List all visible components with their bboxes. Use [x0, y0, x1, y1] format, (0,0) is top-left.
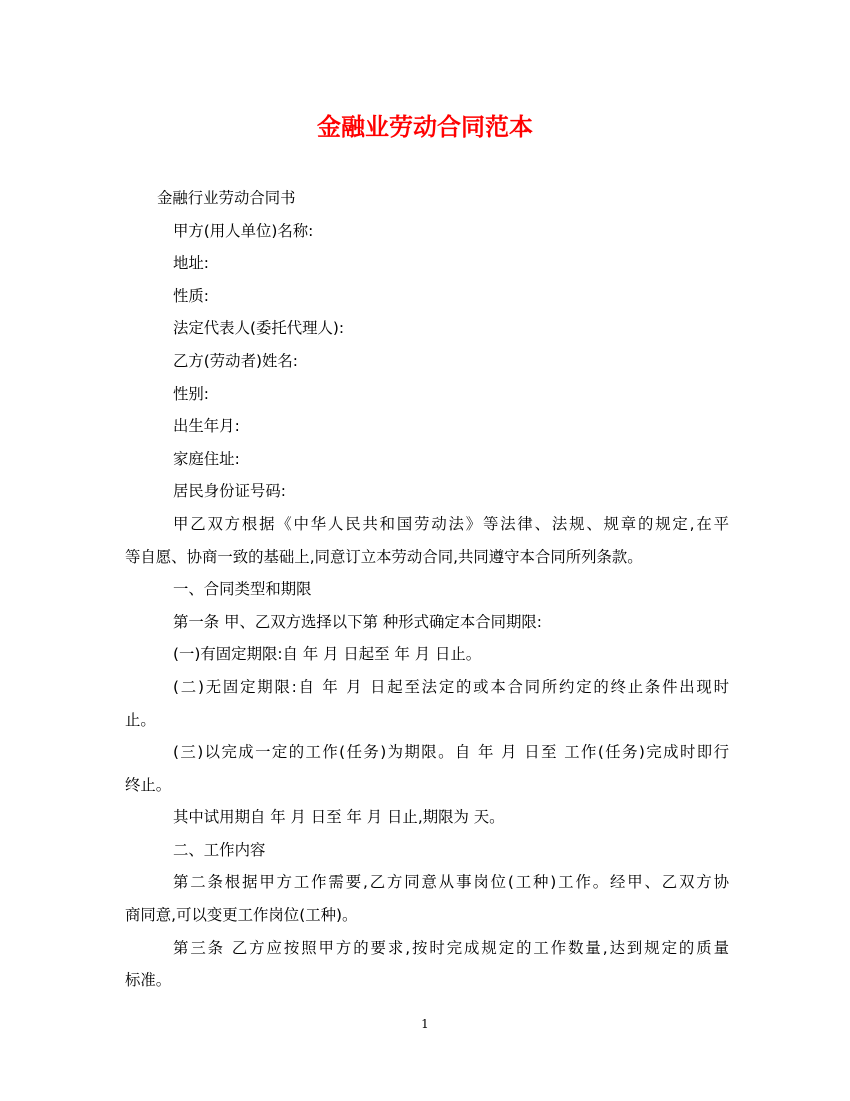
- text-line: 商同意,可以变更工作岗位(工种)。: [125, 899, 729, 932]
- section-heading: 二、工作内容: [125, 834, 729, 867]
- text-line: 甲方(用人单位)名称:: [125, 215, 729, 248]
- section-heading: 一、合同类型和期限: [125, 573, 729, 606]
- document-body: 金融行业劳动合同书 甲方(用人单位)名称: 地址: 性质: 法定代表人(委托代理…: [125, 182, 729, 997]
- text-line: (三)以完成一定的工作(任务)为期限。自 年 月 日至 工作(任务)完成时即行: [125, 736, 729, 769]
- text-line: 甲乙双方根据《中华人民共和国劳动法》等法律、法规、规章的规定,在平: [125, 508, 729, 541]
- text-line: 其中试用期自 年 月 日至 年 月 日止,期限为 天。: [125, 801, 729, 834]
- document-title: 金融业劳动合同范本: [0, 110, 850, 144]
- text-line: 居民身份证号码:: [125, 475, 729, 508]
- text-line: (一)有固定期限:自 年 月 日起至 年 月 日止。: [125, 638, 729, 671]
- document-page: 金融业劳动合同范本 金融行业劳动合同书 甲方(用人单位)名称: 地址: 性质: …: [0, 0, 850, 1101]
- text-line: 标准。: [125, 964, 729, 997]
- text-line: 性质:: [125, 280, 729, 313]
- text-line: 金融行业劳动合同书: [125, 182, 729, 215]
- text-line: 性别:: [125, 378, 729, 411]
- text-line: 家庭住址:: [125, 443, 729, 476]
- page-number: 1: [0, 1016, 850, 1032]
- text-line: 出生年月:: [125, 410, 729, 443]
- text-line: (二)无固定期限:自 年 月 日起至法定的或本合同所约定的终止条件出现时: [125, 671, 729, 704]
- text-line: 法定代表人(委托代理人):: [125, 312, 729, 345]
- text-line: 地址:: [125, 247, 729, 280]
- text-line: 第一条 甲、乙双方选择以下第 种形式确定本合同期限:: [125, 606, 729, 639]
- text-line: 终止。: [125, 769, 729, 802]
- text-line: 等自愿、协商一致的基础上,同意订立本劳动合同,共同遵守本合同所列条款。: [125, 541, 729, 574]
- text-line: 第二条根据甲方工作需要,乙方同意从事岗位(工种)工作。经甲、乙双方协: [125, 866, 729, 899]
- text-line: 第三条 乙方应按照甲方的要求,按时完成规定的工作数量,达到规定的质量: [125, 932, 729, 965]
- text-line: 乙方(劳动者)姓名:: [125, 345, 729, 378]
- text-line: 止。: [125, 704, 729, 737]
